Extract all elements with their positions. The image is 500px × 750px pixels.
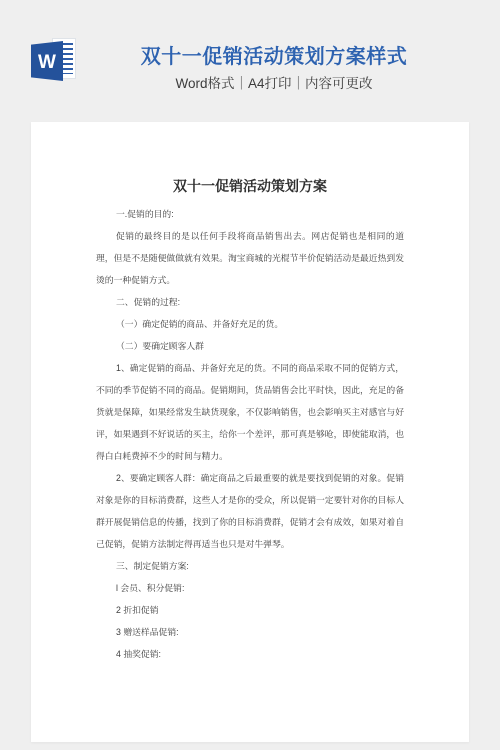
document-paragraph: 促销的最终目的是以任何手段将商品销售出去。网店促销也是相同的道理，但是不是随便做… <box>96 225 404 291</box>
document-paragraph: 二、促销的过程: <box>96 291 404 313</box>
document-sheet: 双十一促销活动策划方案 一.促销的目的:促销的最终目的是以任何手段将商品销售出去… <box>31 122 469 742</box>
document-body: 一.促销的目的:促销的最终目的是以任何手段将商品销售出去。网店促销也是相同的道理… <box>96 203 404 665</box>
template-preview-page: W 双十一促销活动策划方案样式 Word格式｜A4打印｜内容可更改 双十一促销活… <box>0 0 500 750</box>
document-paragraph: 三、制定促销方案: <box>96 555 404 577</box>
page-title: 双十一促销活动策划方案样式 <box>48 44 500 70</box>
document-paragraph: （一）确定促销的商品、并备好充足的货。 <box>96 313 404 335</box>
preview-header: W 双十一促销活动策划方案样式 Word格式｜A4打印｜内容可更改 <box>0 0 500 122</box>
word-icon-letter: W <box>38 53 56 72</box>
document-title: 双十一促销活动策划方案 <box>96 176 404 196</box>
page-subtitle: Word格式｜A4打印｜内容可更改 <box>48 75 500 92</box>
document-paragraph: 2、要确定顾客人群：确定商品之后最重要的就是要找到促销的对象。促销对象是你的目标… <box>96 467 404 555</box>
document-paragraph: 3 赠送样品促销: <box>96 621 404 643</box>
word-icon-flag: W <box>31 41 63 81</box>
header-text-block: 双十一促销活动策划方案样式 Word格式｜A4打印｜内容可更改 <box>48 0 500 92</box>
document-paragraph: 一.促销的目的: <box>96 203 404 225</box>
word-icon: W <box>31 37 77 81</box>
document-paragraph: 2 折扣促销 <box>96 599 404 621</box>
document-paragraph: l 会员、积分促销: <box>96 577 404 599</box>
document-paragraph: 4 抽奖促销: <box>96 643 404 665</box>
document-paragraph: （二）要确定顾客人群 <box>96 335 404 357</box>
document-paragraph: 1、确定促销的商品、并备好充足的货。不同的商品采取不同的促销方式，不同的季节促销… <box>96 357 404 467</box>
